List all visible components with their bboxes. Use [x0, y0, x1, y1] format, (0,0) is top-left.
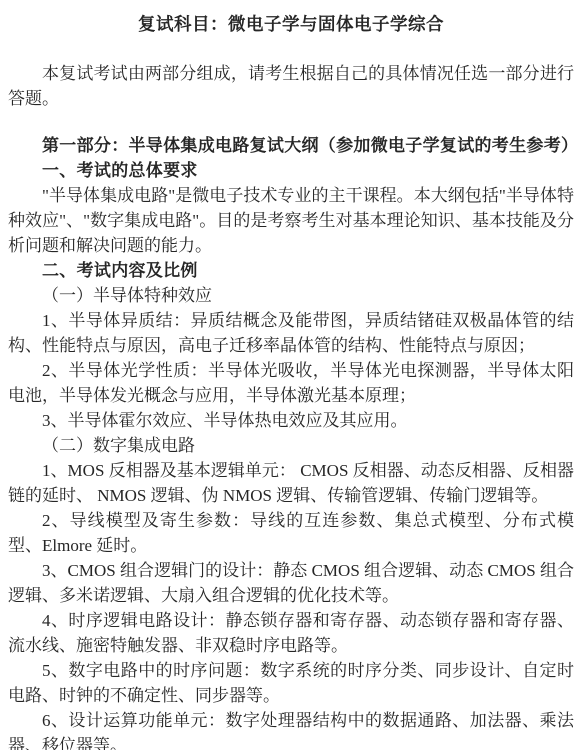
sub1-heading: （一）半导体特种效应: [8, 283, 574, 308]
sub2-heading: （二）数字集成电路: [8, 433, 574, 458]
sub2-item-4: 4、时序逻辑电路设计：静态锁存器和寄存器、动态锁存器和寄存器、流水线、施密特触发…: [8, 608, 574, 658]
sub2-item-1: 1、MOS 反相器及基本逻辑单元： CMOS 反相器、动态反相器、反相器链的延时…: [8, 458, 574, 508]
sub2-item-5: 5、数字电路中的时序问题：数字系统的时序分类、同步设计、自定时电路、时钟的不确定…: [8, 658, 574, 708]
section1-heading: 一、考试的总体要求: [8, 158, 574, 183]
sub2-item-3: 3、CMOS 组合逻辑门的设计：静态 CMOS 组合逻辑、动态 CMOS 组合逻…: [8, 558, 574, 608]
section2-heading: 二、考试内容及比例: [8, 258, 574, 283]
document-title: 复试科目：微电子学与固体电子学综合: [8, 12, 574, 37]
sub2-item-6: 6、设计运算功能单元：数字处理器结构中的数据通路、加法器、乘法器、移位器等。: [8, 708, 574, 750]
part1-heading: 第一部分：半导体集成电路复试大纲（参加微电子学复试的考生参考）: [8, 133, 574, 158]
section1-body: "半导体集成电路"是微电子技术专业的主干课程。本大纲包括"半导体特种效应"、"数…: [8, 183, 574, 258]
document-page: 复试科目：微电子学与固体电子学综合 本复试考试由两部分组成，请考生根据自己的具体…: [0, 0, 582, 750]
sub2-item-2: 2、导线模型及寄生参数：导线的互连参数、集总式模型、分布式模型、Elmore 延…: [8, 508, 574, 558]
sub1-item-3: 3、半导体霍尔效应、半导体热电效应及其应用。: [8, 408, 574, 433]
intro-paragraph: 本复试考试由两部分组成，请考生根据自己的具体情况任选一部分进行答题。: [8, 61, 574, 111]
sub1-item-1: 1、半导体异质结：异质结概念及能带图，异质结锗硅双极晶体管的结构、性能特点与原因…: [8, 308, 574, 358]
sub1-item-2: 2、半导体光学性质：半导体光吸收，半导体光电探测器，半导体太阳电池，半导体发光概…: [8, 358, 574, 408]
